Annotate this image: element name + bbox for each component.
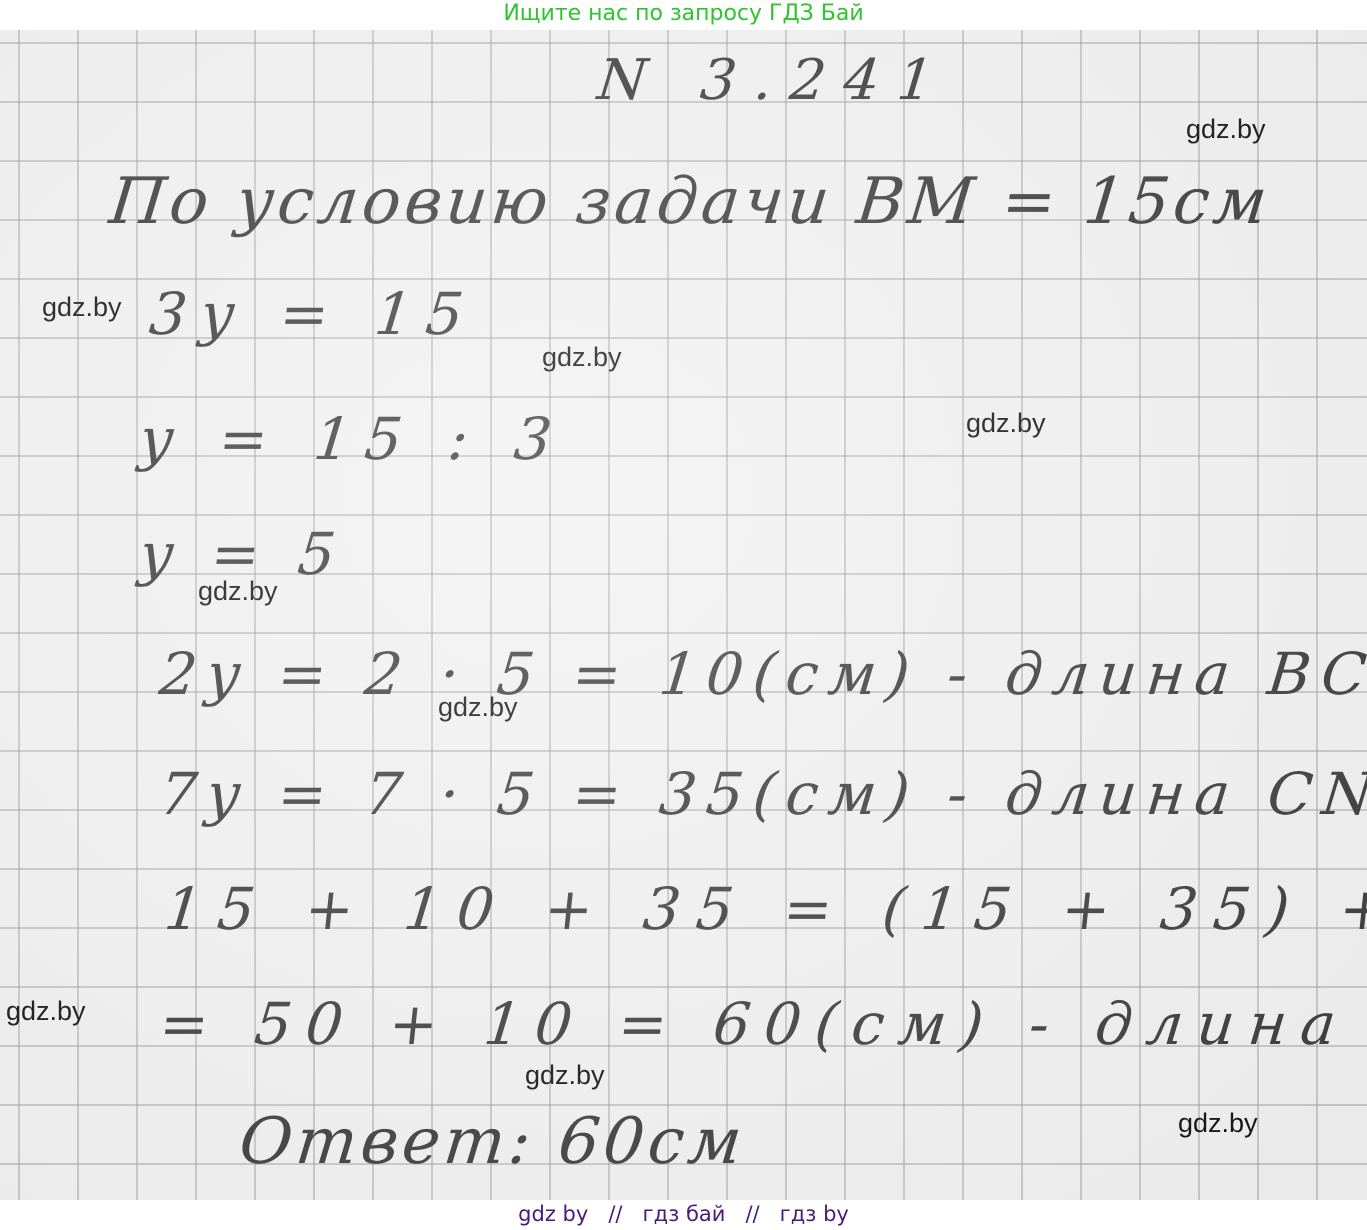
solution-line: y = 15 : 3 [136,405,569,473]
watermark: gdz.by [42,292,122,323]
footer-separator: // [608,1202,622,1226]
watermark: gdz.by [438,692,518,723]
solution-line: 15 + 10 + 35 = (15 + 35) + 10 = [161,875,1367,943]
watermark: gdz.by [525,1060,605,1091]
solution-line: По условию задачи BM = 15см [106,165,1274,239]
footer-separator: // [745,1202,759,1226]
watermark: gdz.by [1178,1108,1258,1139]
watermark: gdz.by [6,996,86,1027]
watermark: gdz.by [198,576,278,607]
footer-link-gdz-bai[interactable]: гдз бай [643,1202,726,1226]
problem-number: N 3.241 [595,48,955,113]
watermark: gdz.by [1186,114,1266,145]
watermark: gdz.by [542,342,622,373]
footer-link-gdz-by[interactable]: gdz by [518,1202,588,1226]
answer-line: Ответ: 60см [236,1105,749,1179]
solution-line: = 50 + 10 = 60(см) - длина MN [156,990,1367,1058]
notebook-page: N 3.241 По условию задачи BM = 15см 3y =… [0,30,1367,1200]
search-hint-banner: Ищите нас по запросу ГДЗ Бай [0,0,1367,30]
footer-links: gdz by // гдз бай // гдз by [0,1200,1367,1230]
search-hint-text: Ищите нас по запросу ГДЗ Бай [503,1,863,26]
footer-link-gdz-by-cyr[interactable]: гдз by [780,1202,849,1226]
watermark: gdz.by [966,408,1046,439]
solution-line: 2y = 2 · 5 = 10(см) - длина BC [156,640,1367,708]
solution-line: 3y = 15 [146,280,480,348]
solution-line: 7y = 7 · 5 = 35(см) - длина CN [156,760,1367,828]
